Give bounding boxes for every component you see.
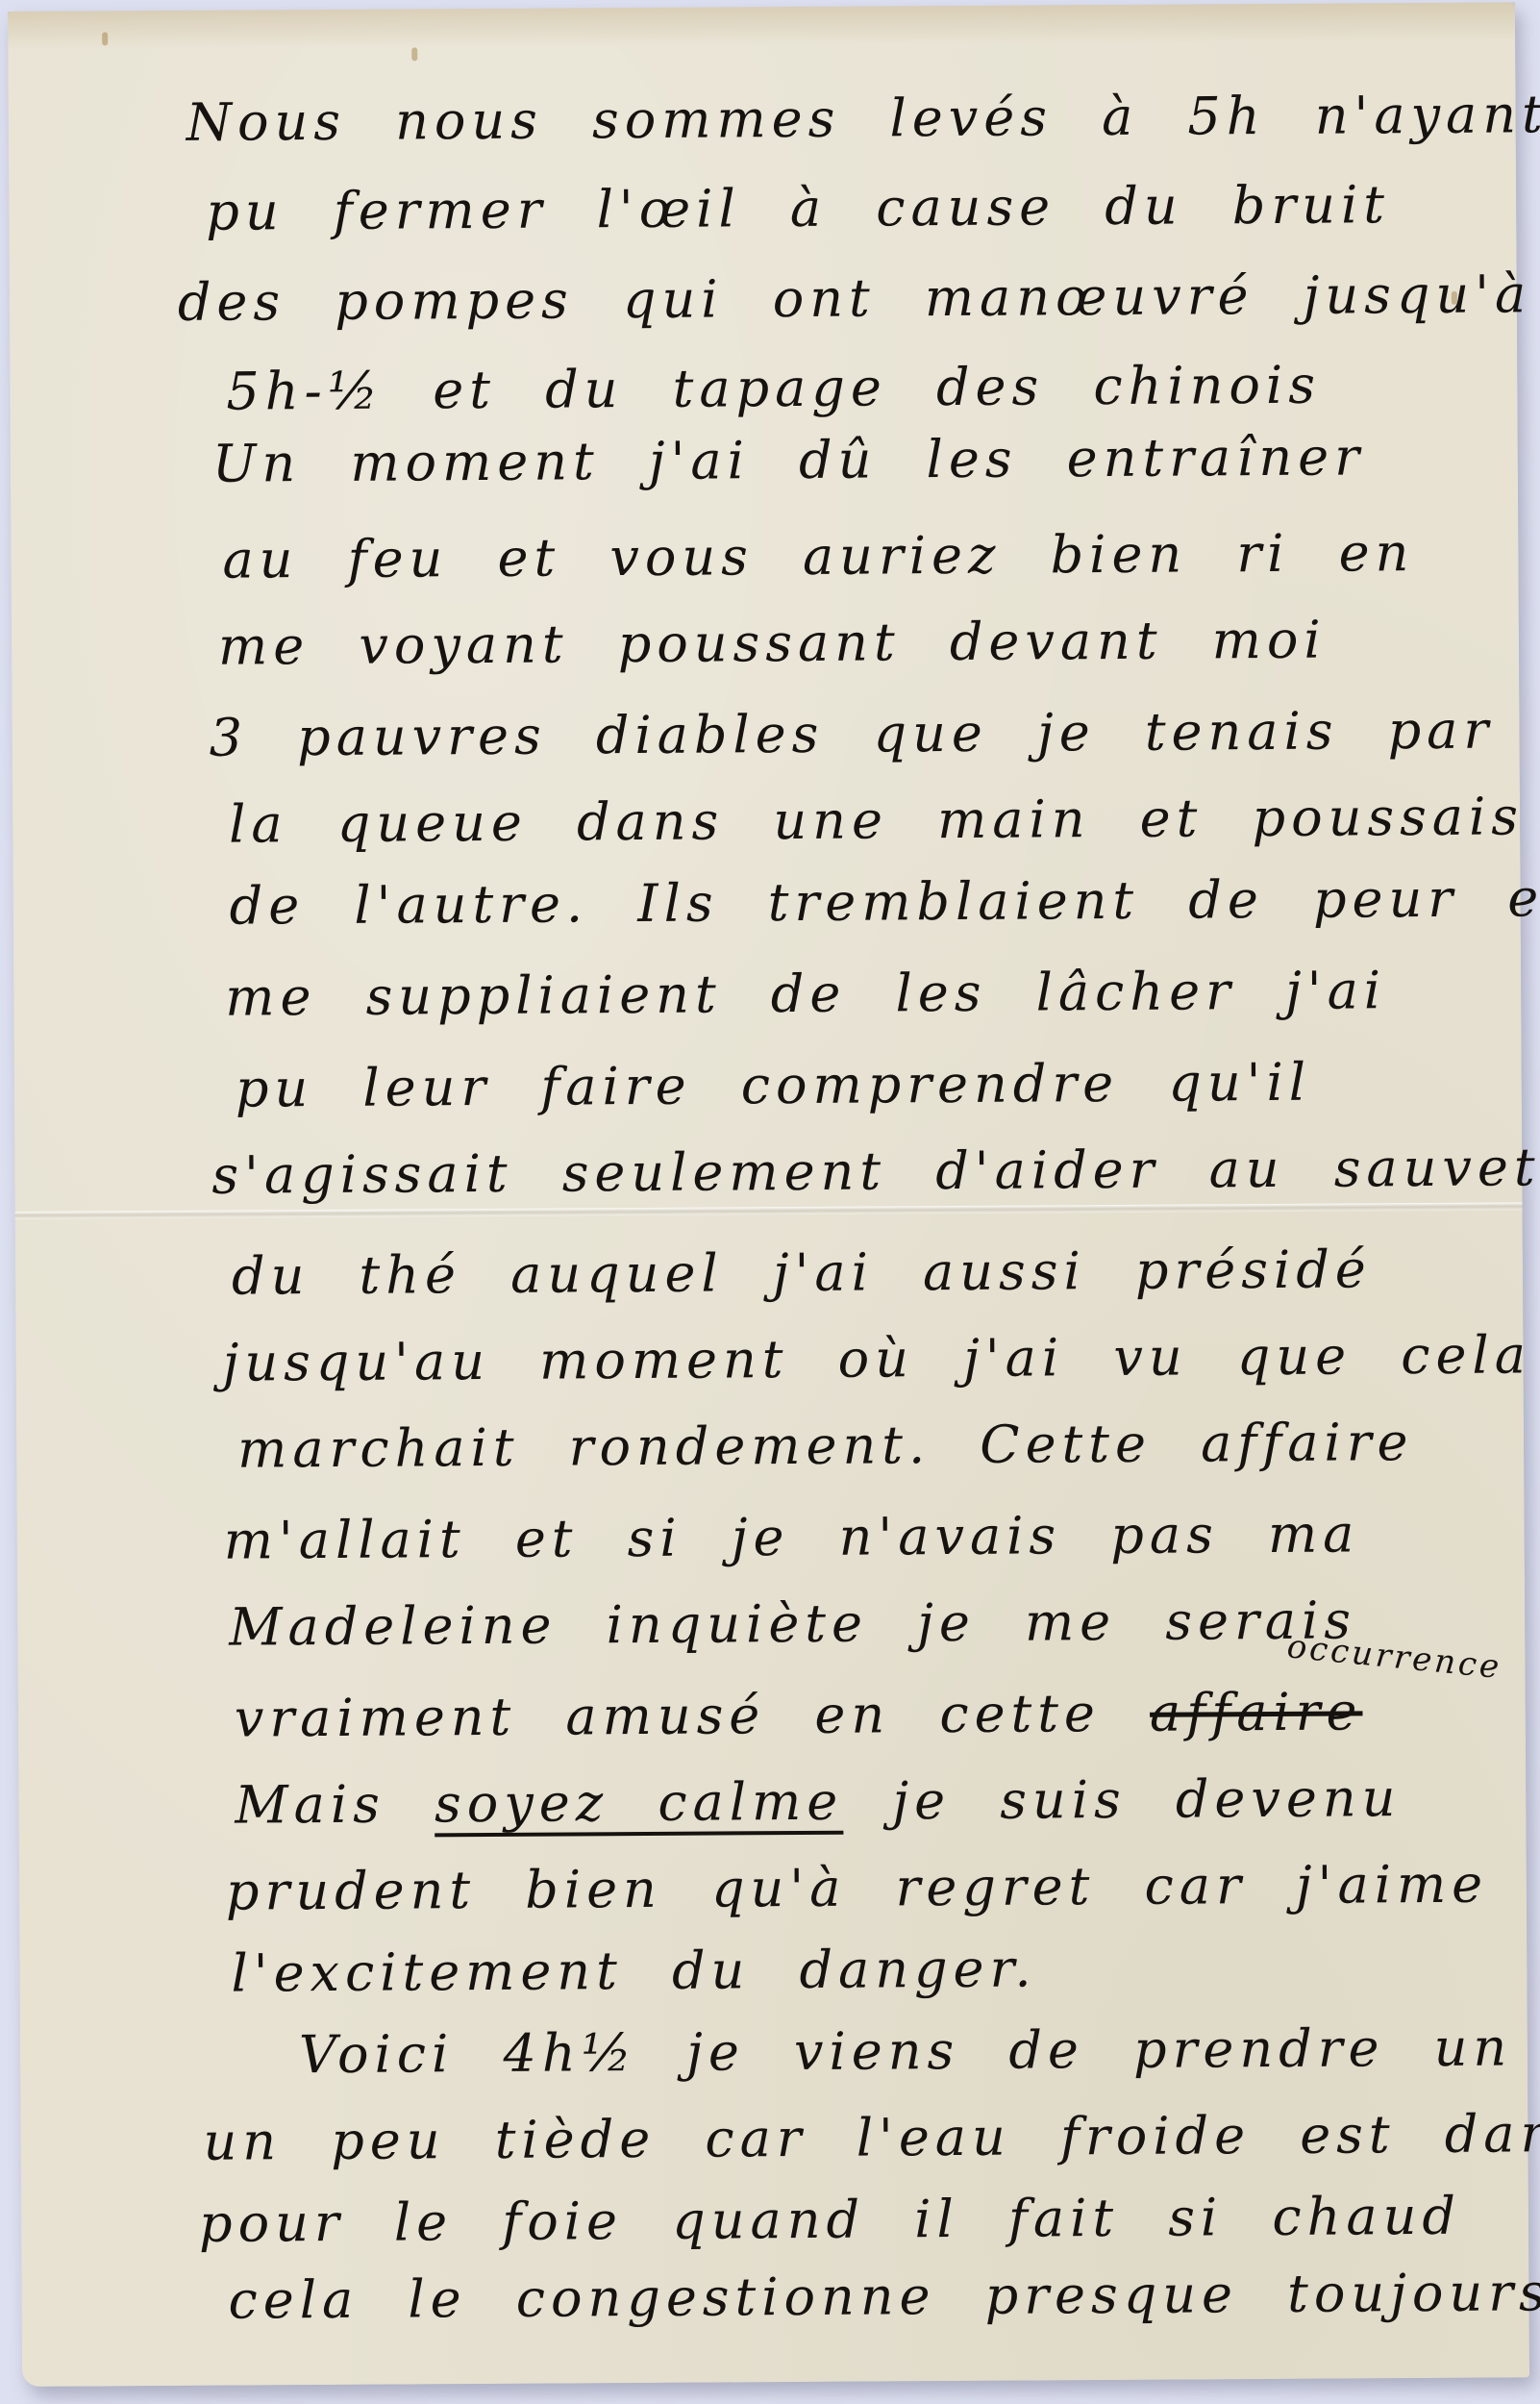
struck-word: affaire [1150, 1681, 1363, 1742]
text-line: des pompes qui ont manœuvré jusqu'à [178, 263, 1532, 333]
underlined-phrase: soyez calme [435, 1771, 844, 1835]
line-text: Mais [235, 1774, 385, 1836]
text-line: pu fermer l'œil à cause du bruit [206, 174, 1390, 242]
text-line: 3 pauvres diables que je tenais par [209, 700, 1494, 768]
text-line: me voyant poussant devant moi [218, 610, 1327, 677]
text-line: jusqu'au moment où j'ai vu que cela [222, 1324, 1531, 1392]
text-line: au feu et vous auriez bien ri en [222, 522, 1414, 590]
line-text: vraiment amusé en cette [235, 1683, 1101, 1749]
text-line: Nous nous sommes levés à 5h n'ayant [186, 84, 1540, 153]
ink-stain [411, 47, 417, 61]
text-line: me suppliaient de les lâcher j'ai [225, 960, 1386, 1027]
text-line: vraiment amusé en cette affaire [235, 1681, 1363, 1748]
letter-page: Nous nous sommes levés à 5h n'ayant pu f… [8, 2, 1529, 2387]
text-line: la queue dans une main et poussais [229, 786, 1524, 854]
text-line: pu leur faire comprendre qu'il [236, 1052, 1312, 1119]
line-text: je suis devenu [892, 1767, 1401, 1831]
text-line: prudent bien qu'à regret car j'aime [226, 1854, 1489, 1922]
paper-top-edge [8, 2, 1515, 50]
text-line: du thé auquel j'ai aussi présidé [232, 1239, 1372, 1306]
text-line: l'excitement du danger. [231, 1938, 1036, 2003]
text-line: 5h-½ et du tapage des chinois [226, 355, 1321, 422]
text-line: m'allait et si je n'avais pas ma [224, 1503, 1360, 1570]
text-line: Madeleine inquiète je me serais [229, 1590, 1356, 1657]
text-line: s'agissait seulement d'aider au sauvetag… [211, 1137, 1540, 1206]
ink-stain [102, 32, 108, 45]
text-line: marchait rondement. Cette affaire [237, 1412, 1414, 1479]
text-line: Un moment j'ai dû les entraîner [212, 426, 1365, 493]
text-line: pour le foie quand il fait si chaud [199, 2186, 1461, 2254]
inserted-correction: occurrence [1285, 1627, 1503, 1687]
text-line: Voici 4h½ je viens de prendre un bain [299, 2016, 1540, 2085]
text-line: de l'autre. Ils tremblaient de peur et [229, 867, 1540, 937]
text-line: cela le congestionne presque toujours. [228, 2262, 1540, 2331]
text-line: Mais soyez calme je suis devenu [235, 1767, 1401, 1835]
text-line: un peu tiède car l'eau froide est danger… [203, 2102, 1540, 2172]
